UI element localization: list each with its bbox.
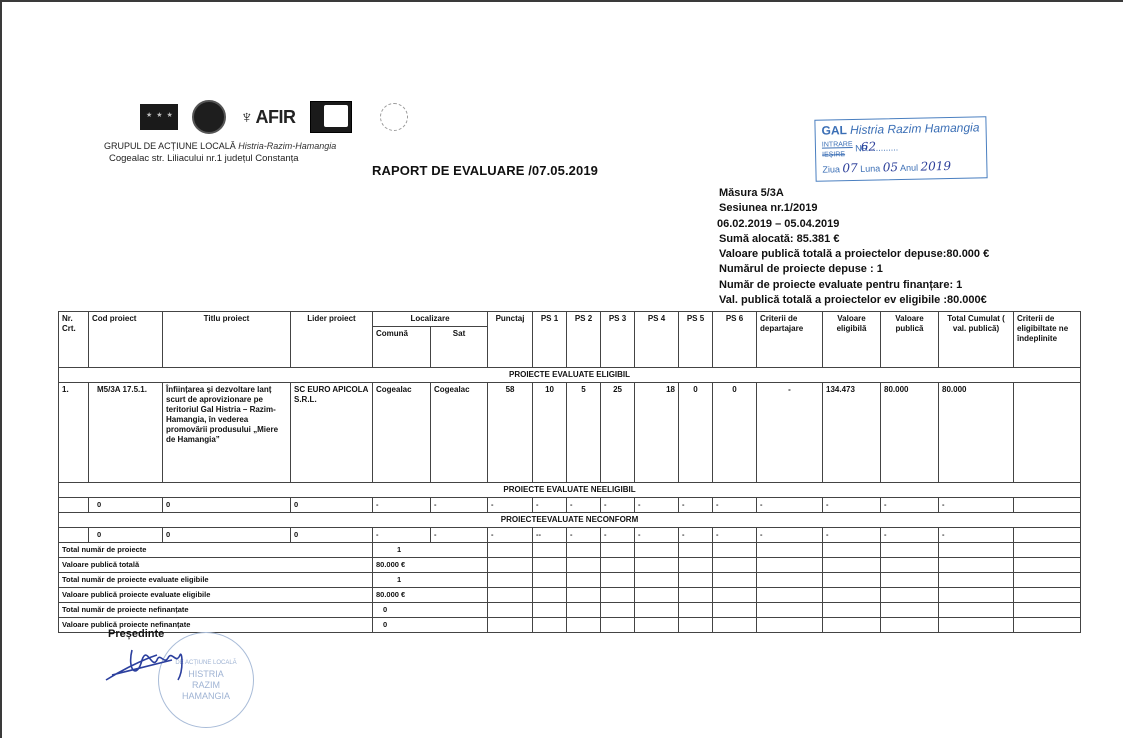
cell-comuna: - [373, 528, 431, 543]
measure-info: Măsura 5/3A Sesiunea nr.1/2019 06.02.201… [719, 186, 989, 308]
cell-val-publica: - [881, 498, 939, 513]
summary-empty-cell [679, 573, 713, 588]
summary-empty-cell [939, 558, 1014, 573]
summary-empty-cell [713, 618, 757, 633]
section-eligibil-label: PROIECTE EVALUATE ELIGIBIL [59, 368, 1081, 383]
section-neeligibil-label: PROIECTE EVALUATE NEELIGIBIL [59, 483, 1081, 498]
summary-empty-cell [567, 543, 601, 558]
cell-criterii-elig [1014, 498, 1081, 513]
cell-total-cumulat: 80.000 [939, 383, 1014, 483]
header-logos: ♆ AFIR [140, 97, 408, 137]
section-neeligibil-row: PROIECTE EVALUATE NEELIGIBIL [59, 483, 1081, 498]
summary-empty-cell [713, 558, 757, 573]
cell-total-cumulat: - [939, 498, 1014, 513]
cell-ps3: - [601, 498, 635, 513]
header-ps2: PS 2 [567, 312, 601, 368]
cell-ps5: - [679, 498, 713, 513]
summary-empty-cell [635, 618, 679, 633]
cell-titlu: 0 [163, 528, 291, 543]
summary-empty-cell [533, 558, 567, 573]
header-ps6: PS 6 [713, 312, 757, 368]
cell-sat: - [431, 498, 488, 513]
summary-empty-cell [601, 603, 635, 618]
page-frame-top [0, 0, 1123, 2]
summary-empty-cell [1014, 558, 1081, 573]
stamp-title-italic: Histria Razim Hamangia [850, 120, 980, 137]
summary-empty-cell [1014, 588, 1081, 603]
org-name-italic: Histria-Razim-Hamangia [238, 141, 336, 151]
cell-ps4: - [635, 528, 679, 543]
summary-empty-cell [1014, 603, 1081, 618]
cell-sat: - [431, 528, 488, 543]
summary-empty-cell [533, 588, 567, 603]
summary-empty-cell [713, 573, 757, 588]
cell-val-eligibila: - [823, 528, 881, 543]
summary-empty-cell [679, 558, 713, 573]
signature-icon [102, 640, 202, 685]
summary-value: 80.000 € [373, 558, 488, 573]
summary-empty-cell [567, 618, 601, 633]
summary-empty-cell [679, 588, 713, 603]
cell-cod: 0 [89, 498, 163, 513]
organization-address: Cogealac str. Liliacului nr.1 județul Co… [109, 153, 299, 164]
header-lider: Lider proiect [291, 312, 373, 368]
summary-empty-cell [823, 558, 881, 573]
cell-ps2: - [567, 498, 601, 513]
stamp-date-row: Ziua 07 Luna 05 Anul 2019 [822, 158, 980, 175]
stamp-anul-value: 2019 [920, 159, 951, 174]
summary-empty-cell [488, 543, 533, 558]
summary-empty-cell [757, 543, 823, 558]
summary-empty-cell [757, 618, 823, 633]
summary-empty-cell [713, 603, 757, 618]
header-ps5: PS 5 [679, 312, 713, 368]
cell-punctaj: 58 [488, 383, 533, 483]
summary-empty-cell [939, 573, 1014, 588]
summary-empty-cell [881, 603, 939, 618]
cell-sat: Cogealac [431, 383, 488, 483]
summary-label: Valoare publică proiecte evaluate eligib… [59, 588, 373, 603]
cell-nr [59, 528, 89, 543]
info-masura: Măsura 5/3A [719, 186, 989, 201]
info-valoare-depuse: Valoare publică totală a proiectelor dep… [719, 247, 989, 262]
header-titlu: Titlu proiect [163, 312, 291, 368]
stamp-title-bold: GAL [821, 123, 846, 138]
romanian-government-logo-icon [192, 100, 226, 134]
summary-empty-cell [488, 573, 533, 588]
summary-empty-cell [567, 573, 601, 588]
summary-empty-cell [713, 588, 757, 603]
stamp-iesire: IEȘIRE [822, 151, 845, 158]
cell-val-eligibila: - [823, 498, 881, 513]
cell-valoare-publica: 80.000 [881, 383, 939, 483]
cell-ps2: 5 [567, 383, 601, 483]
leader-logo-icon [310, 101, 352, 133]
header-punctaj: Punctaj [488, 312, 533, 368]
summary-row: Valoare publică proiecte evaluate eligib… [59, 588, 1081, 603]
summary-empty-cell [488, 558, 533, 573]
cell-comuna: Cogealac [373, 383, 431, 483]
info-val-eligibile: Val. publică totală a proiectelor ev eli… [719, 293, 989, 308]
summary-value: 80.000 € [373, 588, 488, 603]
summary-empty-cell [601, 558, 635, 573]
summary-empty-cell [823, 543, 881, 558]
table-row: 000-------------- [59, 528, 1081, 543]
summary-value: 1 [373, 543, 488, 558]
header-ps1: PS 1 [533, 312, 567, 368]
summary-label: Total număr de proiecte evaluate eligibi… [59, 573, 373, 588]
summary-empty-cell [1014, 543, 1081, 558]
summary-empty-cell [823, 573, 881, 588]
summary-empty-cell [567, 588, 601, 603]
info-sesiunea: Sesiunea nr.1/2019 [719, 201, 989, 216]
info-perioada: 06.02.2019 – 05.04.2019 [717, 217, 989, 232]
cell-ps5: - [679, 528, 713, 543]
summary-empty-cell [567, 558, 601, 573]
summary-row: Valoare publică proiecte nefinanțate0 [59, 618, 1081, 633]
cell-ps6: - [713, 528, 757, 543]
summary-empty-cell [601, 588, 635, 603]
cell-nr: 1. [59, 383, 89, 483]
summary-empty-cell [601, 618, 635, 633]
summary-empty-cell [635, 603, 679, 618]
summary-empty-cell [939, 543, 1014, 558]
summary-empty-cell [757, 573, 823, 588]
header-criterii-eligibilitate: Criterii de eligibiltate ne îndeplinite [1014, 312, 1081, 368]
president-label: Președinte [108, 628, 164, 640]
summary-empty-cell [533, 543, 567, 558]
cell-ps2: - [567, 528, 601, 543]
info-numar-evaluate: Număr de proiecte evaluate pentru finanț… [719, 278, 989, 293]
summary-empty-cell [679, 603, 713, 618]
organization-name: GRUPUL DE ACȚIUNE LOCALĂ Histria-Razim-H… [104, 141, 336, 151]
cell-ps3: - [601, 528, 635, 543]
cell-ps4: - [635, 498, 679, 513]
summary-empty-cell [939, 588, 1014, 603]
summary-label: Total număr de proiecte [59, 543, 373, 558]
cell-ps1: -- [533, 528, 567, 543]
summary-empty-cell [757, 588, 823, 603]
cell-titlu: 0 [163, 498, 291, 513]
summary-empty-cell [881, 573, 939, 588]
cell-criterii-elig [1014, 528, 1081, 543]
cell-ps6: 0 [713, 383, 757, 483]
cell-criterii-eligibilitate [1014, 383, 1081, 483]
summary-row: Total număr de proiecte1 [59, 543, 1081, 558]
section-neconform-label: PROIECTEEVALUATE NECONFORM [59, 513, 1081, 528]
cell-ps3: 25 [601, 383, 635, 483]
cell-val-publica: - [881, 528, 939, 543]
summary-empty-cell [635, 588, 679, 603]
stamp-ziua-value: 07 [842, 161, 858, 175]
summary-empty-cell [757, 603, 823, 618]
cell-nr [59, 498, 89, 513]
cell-ps1: 10 [533, 383, 567, 483]
cell-ps1: - [533, 498, 567, 513]
summary-row: Valoare publică totală80.000 € [59, 558, 1081, 573]
wheat-icon: ♆ [240, 107, 254, 128]
header-valoare-publica: Valoare publică [881, 312, 939, 368]
cell-cod: 0 [89, 528, 163, 543]
summary-row: Total număr de proiecte evaluate eligibi… [59, 573, 1081, 588]
summary-empty-cell [881, 558, 939, 573]
header-sat: Sat [431, 327, 488, 368]
summary-empty-cell [713, 543, 757, 558]
summary-label: Valoare publică totală [59, 558, 373, 573]
summary-empty-cell [881, 618, 939, 633]
cell-total-cumulat: - [939, 528, 1014, 543]
summary-empty-cell [601, 573, 635, 588]
info-numar-depuse: Numărul de proiecte depuse : 1 [719, 262, 989, 277]
summary-empty-cell [823, 603, 881, 618]
summary-label: Total număr de proiecte nefinanțate [59, 603, 373, 618]
summary-empty-cell [1014, 573, 1081, 588]
cell-lider: SC EURO APICOLA S.R.L. [291, 383, 373, 483]
info-suma-alocata: Sumă alocată: 85.381 € [719, 232, 989, 247]
header-ps4: PS 4 [635, 312, 679, 368]
section-neconform-row: PROIECTEEVALUATE NECONFORM [59, 513, 1081, 528]
summary-empty-cell [488, 603, 533, 618]
summary-value: 0 [373, 603, 488, 618]
stamp-anul-label: Anul [900, 163, 918, 173]
header-cod: Cod proiect [89, 312, 163, 368]
cell-lider: 0 [291, 528, 373, 543]
summary-empty-cell [635, 573, 679, 588]
table-row: 000------------- [59, 498, 1081, 513]
stamp-intrare: INTRARE [822, 141, 853, 149]
evaluation-table: Nr. Crt. Cod proiect Titlu proiect Lider… [58, 311, 1081, 633]
header-total-cumulat: Total Cumulat ( val. publică) [939, 312, 1014, 368]
table-header-row: Nr. Crt. Cod proiect Titlu proiect Lider… [59, 312, 1081, 327]
cell-ps4: 18 [635, 383, 679, 483]
summary-empty-cell [533, 573, 567, 588]
summary-empty-cell [823, 618, 881, 633]
summary-empty-cell [939, 603, 1014, 618]
summary-empty-cell [939, 618, 1014, 633]
summary-empty-cell [881, 588, 939, 603]
afir-logo-text: AFIR [256, 107, 296, 128]
summary-row: Total număr de proiecte nefinanțate0 [59, 603, 1081, 618]
summary-empty-cell [567, 603, 601, 618]
summary-empty-cell [757, 558, 823, 573]
eu-flag-logo-icon [140, 104, 178, 130]
cell-titlu: Înființarea și dezvoltare lanț scurt de … [163, 383, 291, 483]
cell-comuna: - [373, 498, 431, 513]
table-row: 1. M5/3A 17.5.1. Înființarea și dezvolta… [59, 383, 1081, 483]
stamp-luna-value: 05 [883, 160, 899, 174]
summary-empty-cell [1014, 618, 1081, 633]
summary-value: 1 [373, 573, 488, 588]
summary-empty-cell [635, 558, 679, 573]
header-criterii-departajare: Criterii de departajare [757, 312, 823, 368]
summary-empty-cell [488, 588, 533, 603]
section-eligibil-row: PROIECTE EVALUATE ELIGIBIL [59, 368, 1081, 383]
cell-criterii-dep: - [757, 498, 823, 513]
summary-empty-cell [881, 543, 939, 558]
cell-ps5: 0 [679, 383, 713, 483]
page-frame-left [0, 0, 2, 738]
org-name-text: GRUPUL DE ACȚIUNE LOCALĂ [104, 141, 236, 151]
summary-empty-cell [823, 588, 881, 603]
summary-empty-cell [488, 618, 533, 633]
stamp-number-row: INTRARE IEȘIRE NR. .......... 62 [822, 136, 980, 159]
summary-empty-cell [533, 603, 567, 618]
cell-lider: 0 [291, 498, 373, 513]
registration-stamp: GAL Histria Razim Hamangia INTRARE IEȘIR… [814, 116, 987, 182]
cell-ps6: - [713, 498, 757, 513]
stamp-luna-label: Luna [860, 163, 880, 173]
summary-empty-cell [533, 618, 567, 633]
header-ps3: PS 3 [601, 312, 635, 368]
gal-logo-icon [380, 103, 408, 131]
cell-punctaj: - [488, 528, 533, 543]
seal-line: HAMANGIA [182, 691, 230, 702]
stamp-title: GAL Histria Razim Hamangia [821, 120, 979, 137]
header-localizare: Localizare [373, 312, 488, 327]
cell-criterii-departajare: - [757, 383, 823, 483]
summary-empty-cell [601, 543, 635, 558]
header-comuna: Comună [373, 327, 431, 368]
summary-empty-cell [679, 618, 713, 633]
afir-logo: ♆ AFIR [240, 107, 296, 128]
summary-label: Valoare publică proiecte nefinanțate [59, 618, 373, 633]
summary-value: 0 [373, 618, 488, 633]
header-valoare-eligibila: Valoare eligibilă [823, 312, 881, 368]
cell-criterii-dep: - [757, 528, 823, 543]
report-title: RAPORT DE EVALUARE /07.05.2019 [372, 163, 598, 178]
stamp-ziua-label: Ziua [822, 164, 840, 174]
header-nr: Nr. Crt. [59, 312, 89, 368]
cell-valoare-eligibila: 134.473 [823, 383, 881, 483]
summary-empty-cell [635, 543, 679, 558]
stamp-nr-value: 62 [861, 140, 877, 154]
cell-punctaj: - [488, 498, 533, 513]
cell-cod: M5/3A 17.5.1. [89, 383, 163, 483]
summary-empty-cell [679, 543, 713, 558]
